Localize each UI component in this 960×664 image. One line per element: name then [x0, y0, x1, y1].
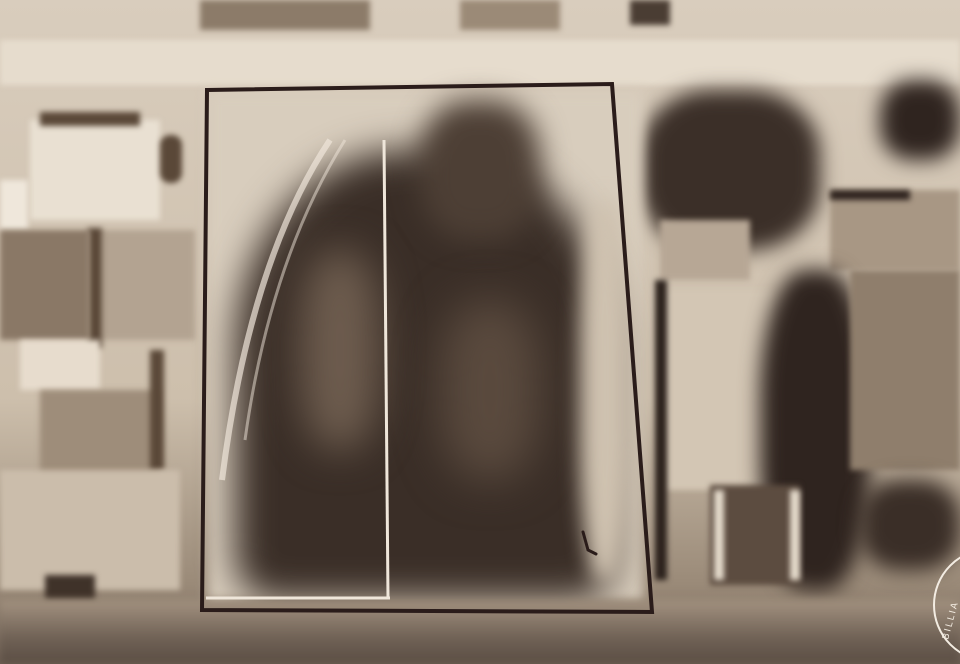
lot-mark [583, 532, 596, 554]
divider-line [384, 140, 388, 598]
annotation-overlay: BILLIA [0, 0, 960, 664]
path-line [222, 140, 330, 480]
svg-text:BILLIA: BILLIA [941, 600, 960, 641]
aerial-photo: BILLIA [0, 0, 960, 664]
watermark-seal: BILLIA [934, 549, 960, 661]
